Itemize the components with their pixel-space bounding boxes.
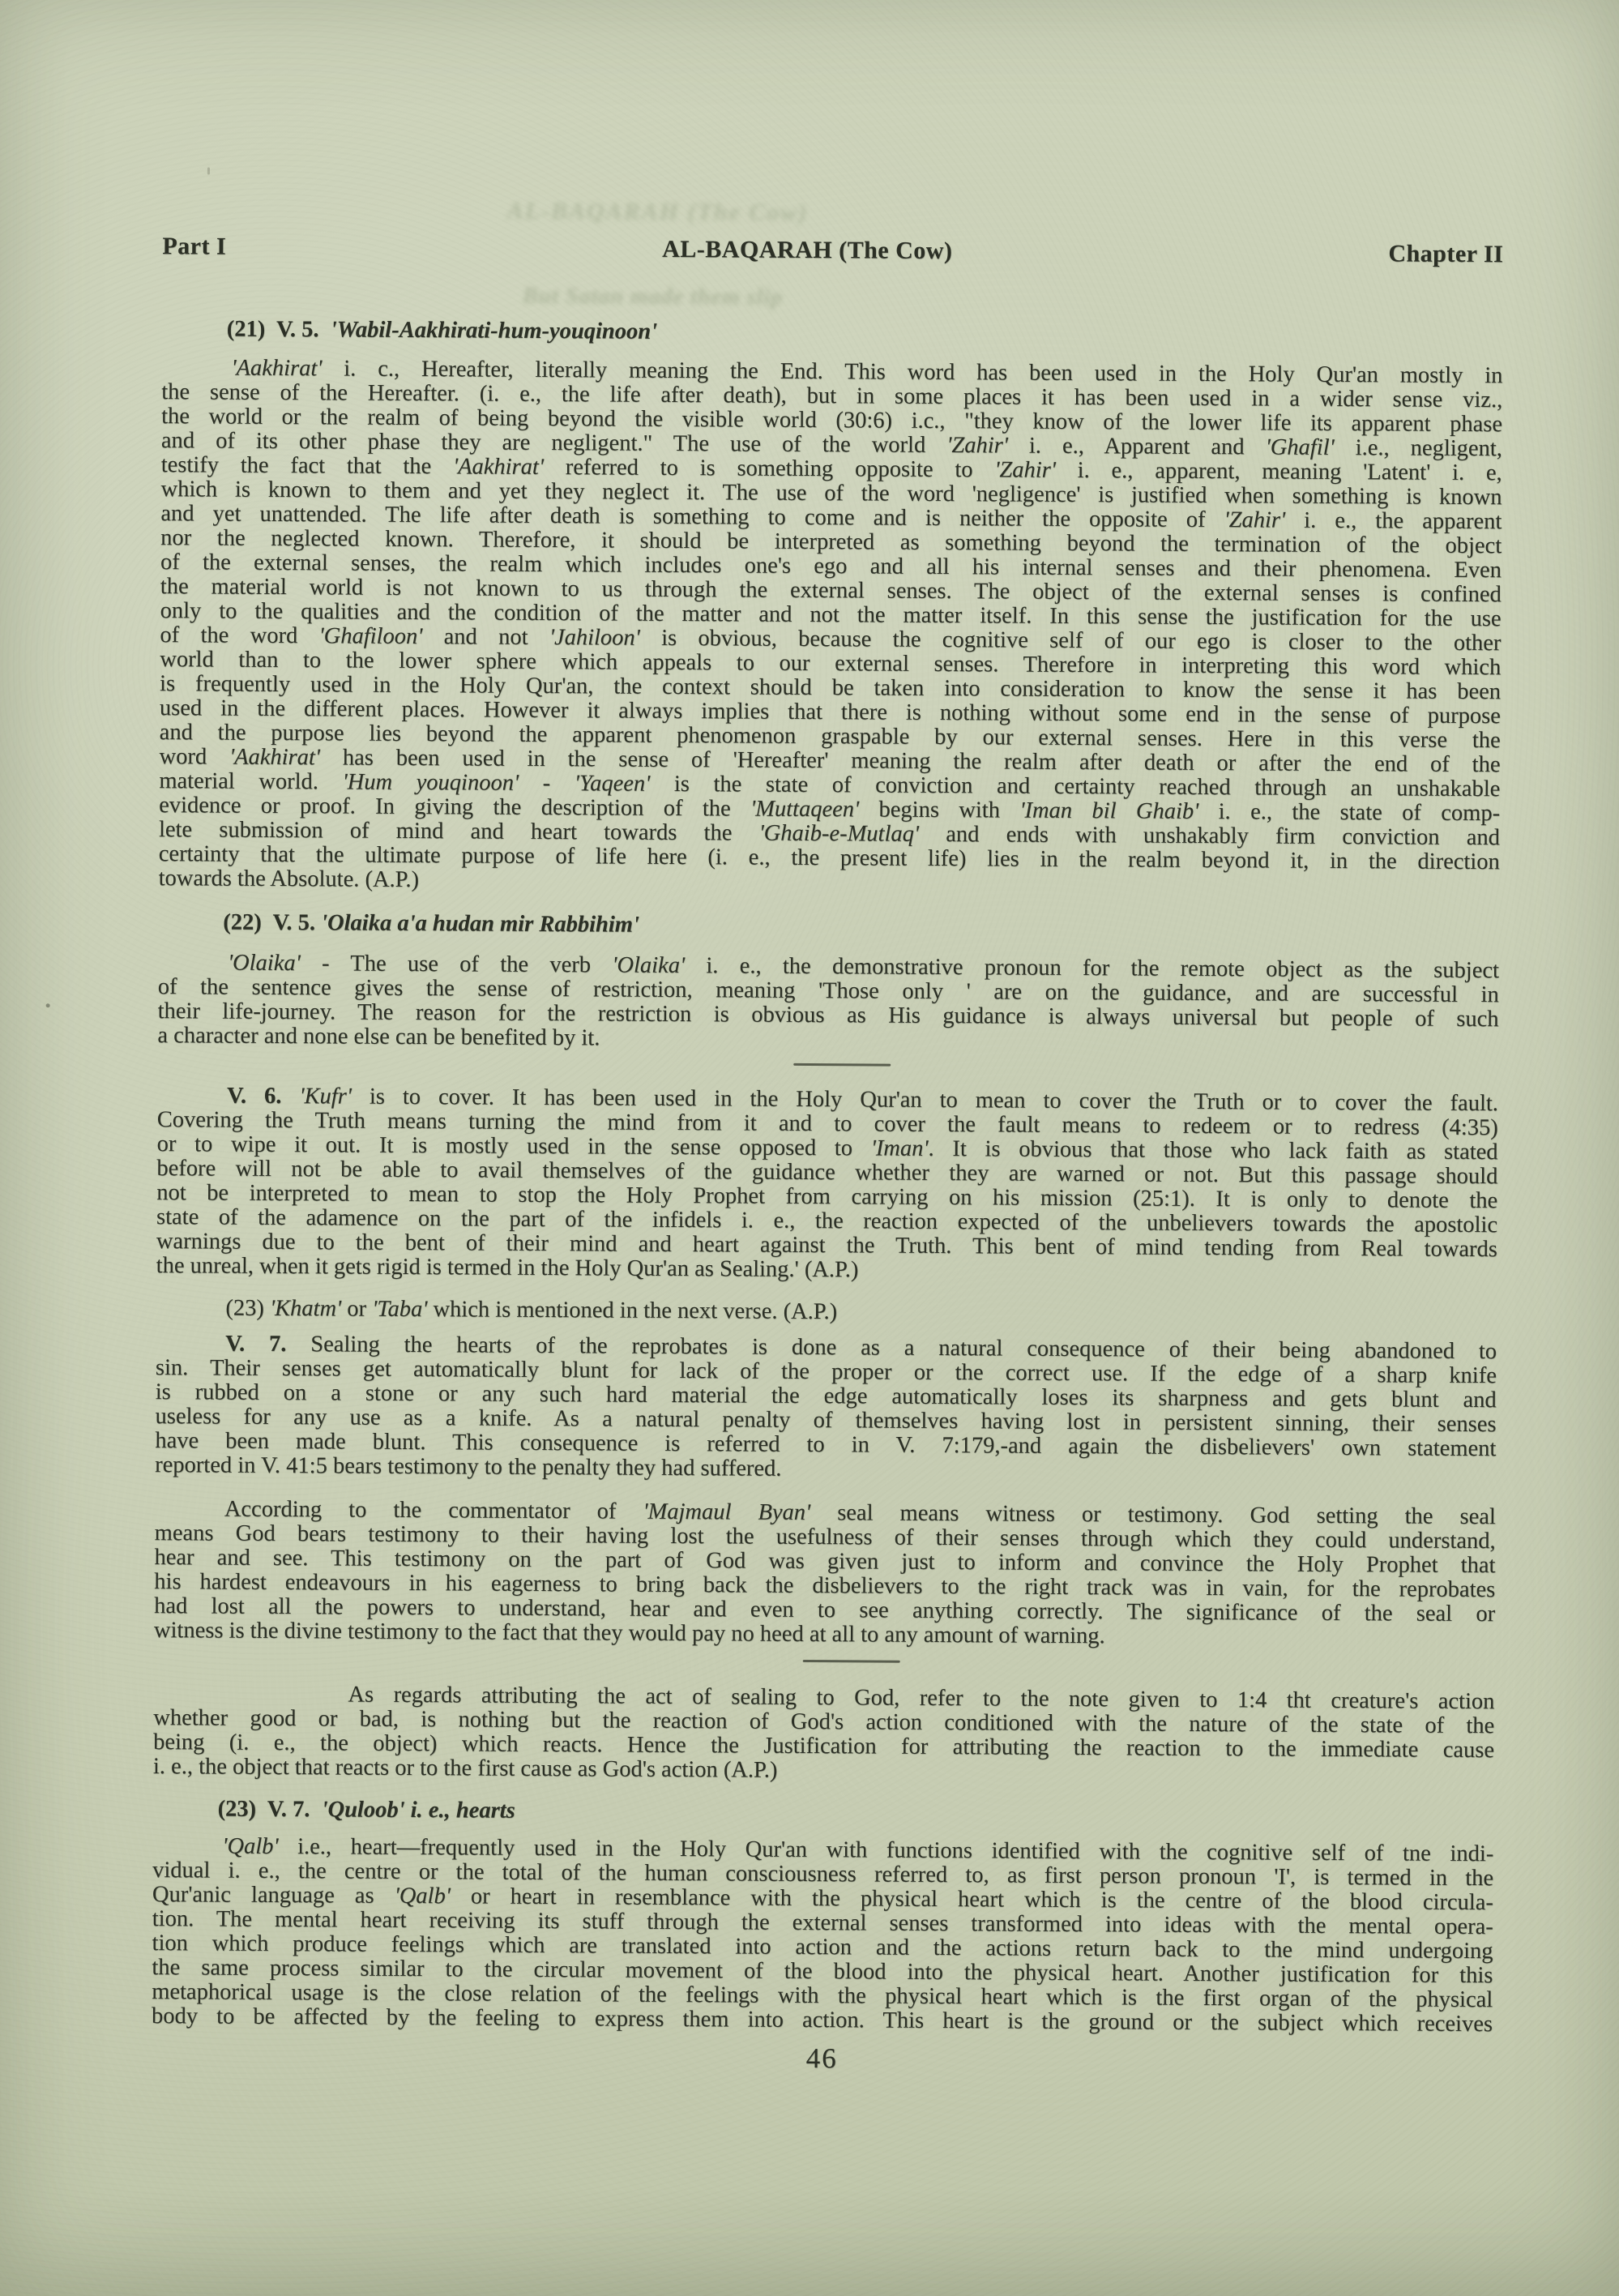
section-divider [803,1660,900,1663]
note-23-khatm-line: (23) 'Khatm' or 'Taba' which is mentione… [156,1296,1497,1328]
page-header: Part I AL-BAQARAH (The Cow) Chapter II [162,233,1503,268]
note-heading-22: (22) V. 5. 'Olaika a'a hudan mir Rabbihi… [158,910,1499,943]
ink-speck [46,1003,50,1007]
paragraph-attributing-sealing: As regards attributing the act of sealin… [153,1682,1495,1787]
paragraph-verse-6-kufr: V. 6. 'Kufr' is to cover. It has been us… [156,1084,1498,1286]
section-divider [793,1063,891,1067]
scanned-book-page: AL-BAQARAH (The Cow) But Satan made them… [0,0,1619,2296]
paragraph-note-22-olaika: 'Olaika' - The use of the verb 'Olaika' … [157,951,1499,1056]
bleedthrough-line-text: But Satan made them slip [523,284,783,311]
part-label: Part I [162,233,226,260]
note-heading-21: (21) V. 5. 'Wabil-Aakhirati-hum-youqinoo… [162,317,1503,349]
note-heading-23-quloob: (23) V. 7. 'Quloob' i. e., hearts [153,1797,1494,1829]
paragraph-qalb: 'Qalb' i.e., heart—frequently used in th… [152,1834,1493,2037]
ink-speck [207,167,210,174]
paragraph-note-21-aakhirat: 'Aakhirat' i. c., Hereafter, literally m… [159,356,1503,899]
page-number: 46 [152,2038,1493,2079]
chapter-label: Chapter II [1388,240,1503,268]
paragraph-majmaul-byan: According to the commentator of 'Majmaul… [154,1497,1496,1651]
text-line: (23) 'Khatm' or 'Taba' which is mentione… [156,1296,1497,1328]
surah-title: AL-BAQARAH (The Cow) [662,236,953,265]
bleedthrough-title-text: AL-BAQARAH (The Cow) [507,198,809,227]
paragraph-verse-7-sealing: V. 7. Sealing the hearts of the reprobat… [155,1332,1497,1486]
